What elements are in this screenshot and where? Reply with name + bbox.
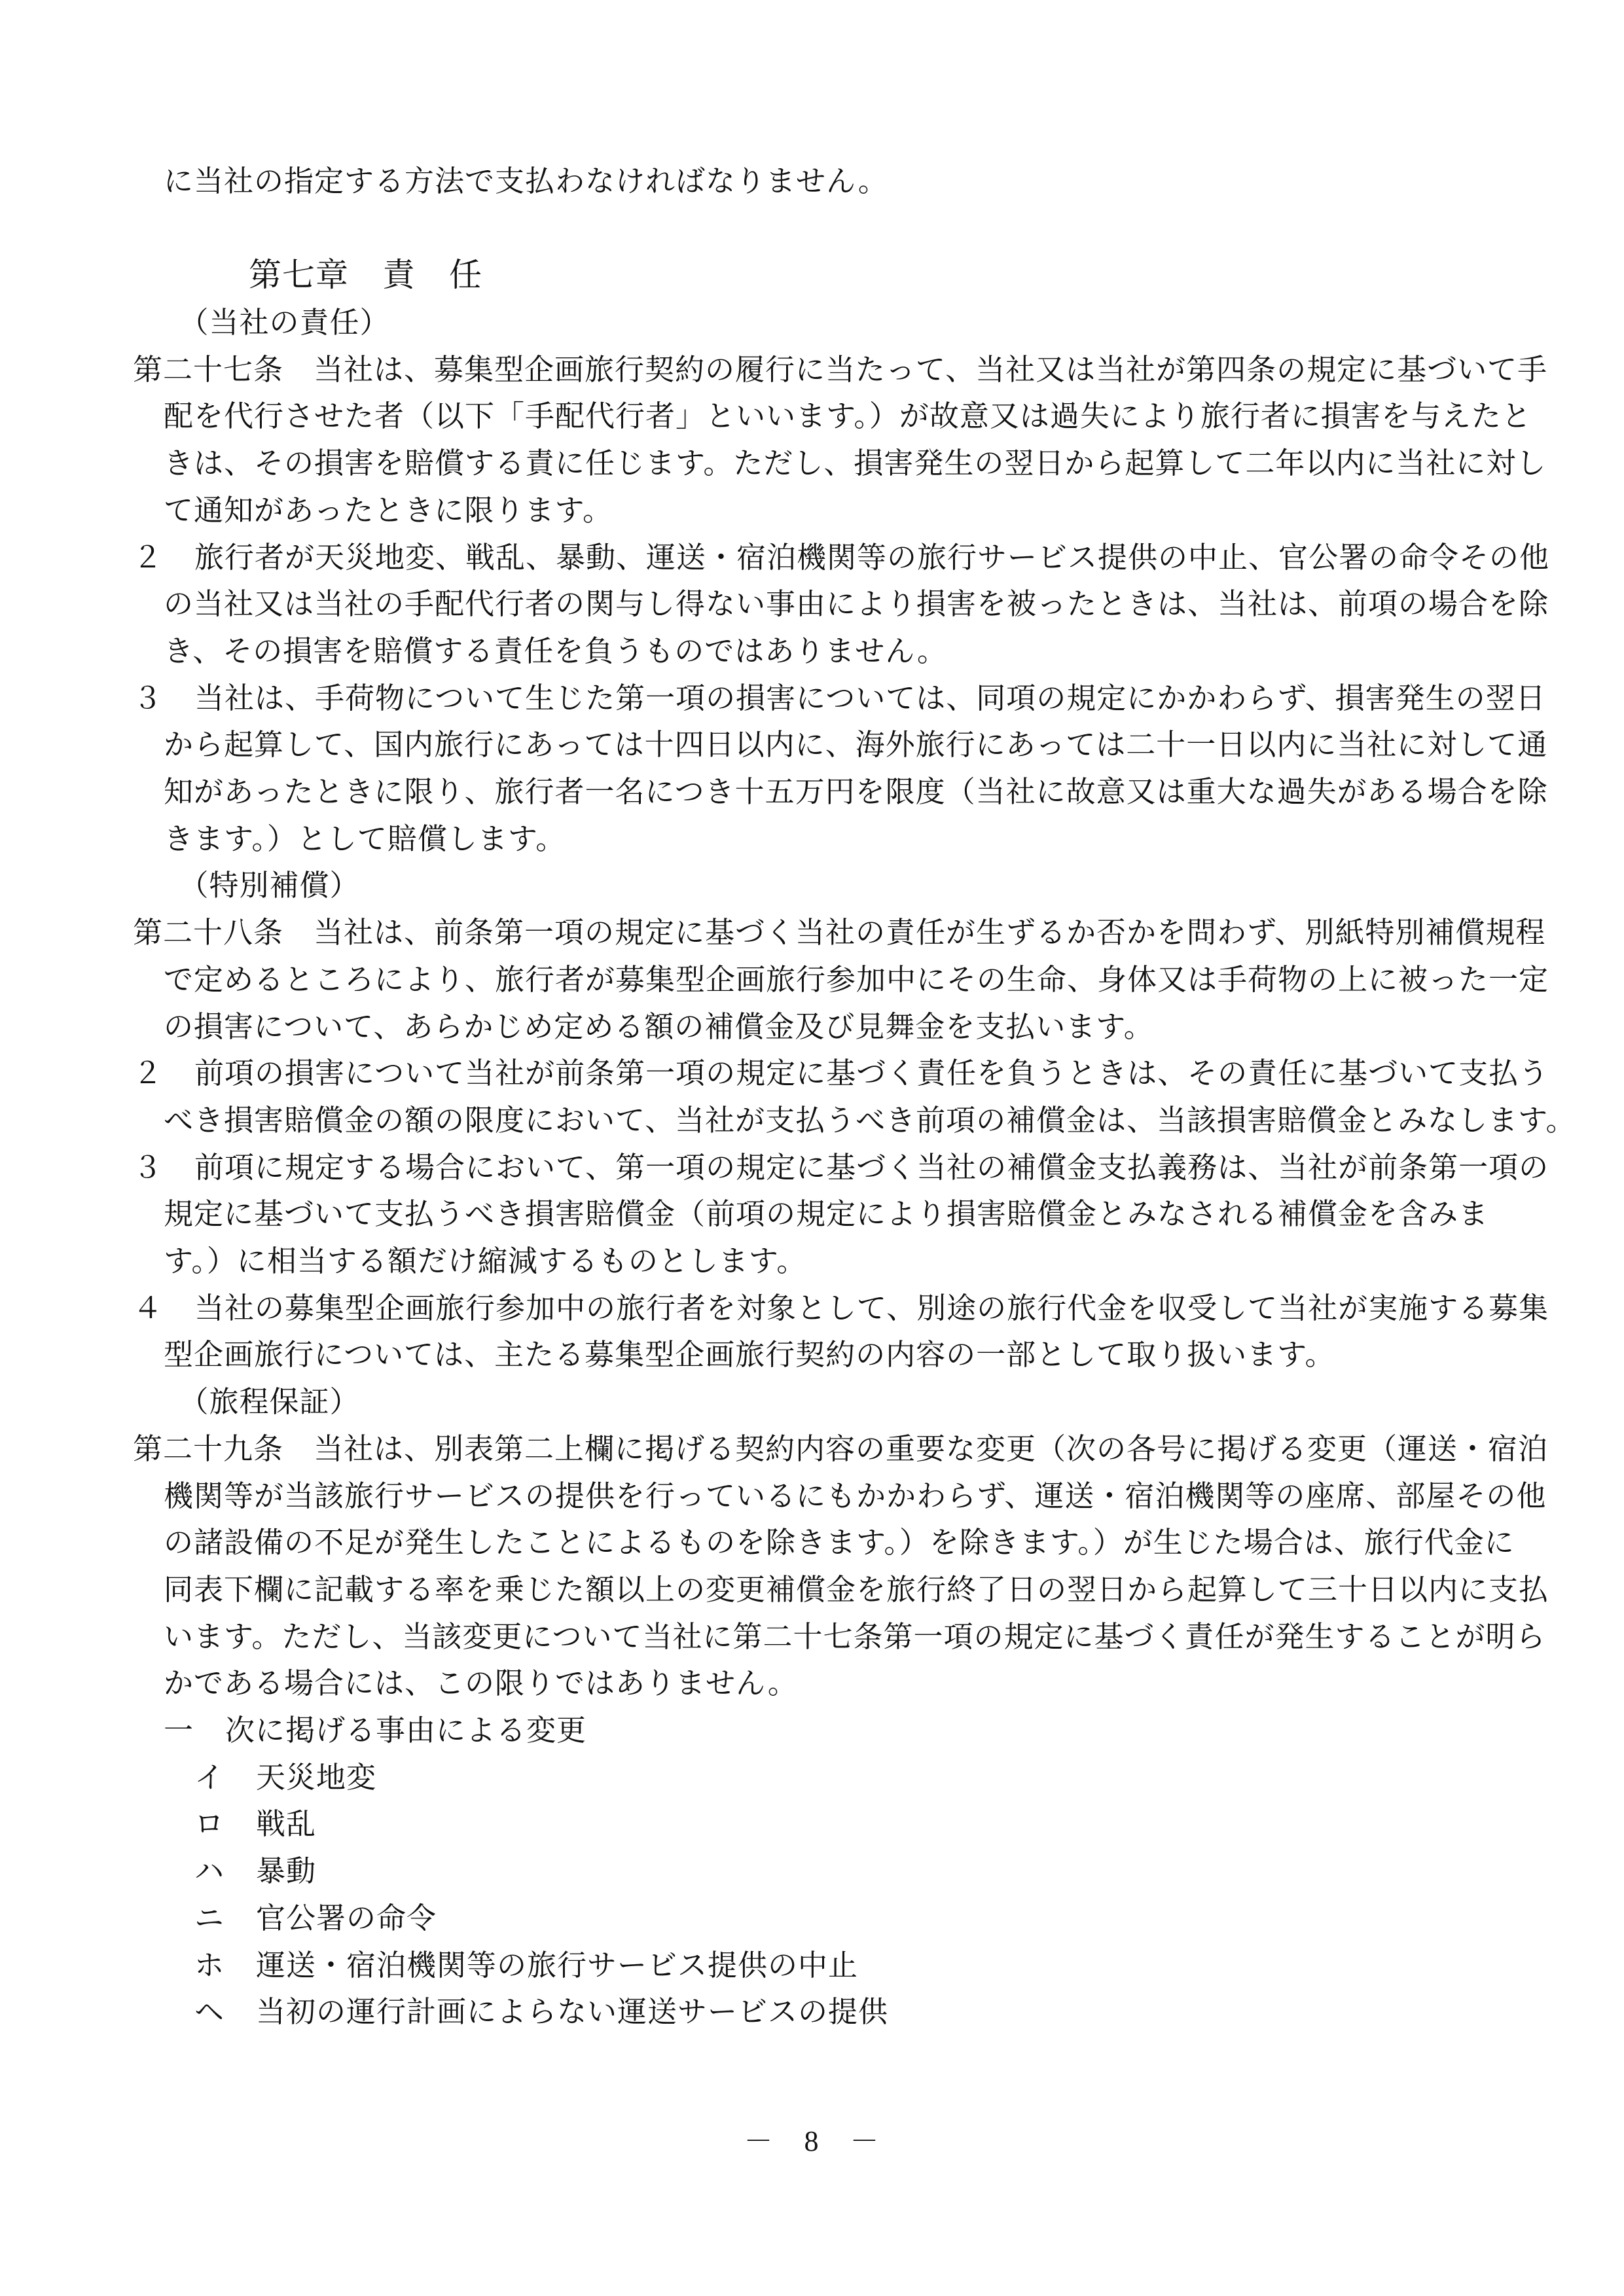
paragraph-line: きます。）として賠償します。 <box>164 821 566 857</box>
section-heading: （特別補償） <box>179 867 360 904</box>
subitem-text: 運送・宿泊機関等の旅行サービス提供の中止 <box>256 1947 858 1984</box>
subitem-number: ホ <box>194 1947 225 1984</box>
paragraph-line: 規定に基づいて支払うべき損害賠償金（前項の規定により損害賠償金とみなされる補償金… <box>164 1196 1489 1232</box>
paragraph-text: 当社は、手荷物について生じた第一項の損害については、同項の規定にかかわらず、損害… <box>194 680 1546 717</box>
paragraph-line: から起算して、国内旅行にあっては十四日以内に、海外旅行にあっては二十一日以内に当… <box>164 726 1547 763</box>
paragraph-text: 旅行者が天災地変、戦乱、暴動、運送・宿泊機関等の旅行サービス提供の中止、官公署の… <box>194 539 1549 576</box>
section-heading: （当社の責任） <box>179 304 390 341</box>
paragraph-number: ２ <box>133 539 163 576</box>
article-line: きは、その損害を賠償する責に任じます。ただし、損害発生の翌日から起算して二年以内… <box>164 445 1546 482</box>
article-line: て通知があったときに限ります。 <box>164 492 613 529</box>
paragraph-number: ４ <box>133 1290 163 1327</box>
subitem-number: ヘ <box>194 1994 225 2030</box>
paragraph-number: ３ <box>133 680 163 717</box>
article-line: で定めるところにより、旅行者が募集型企画旅行参加中にその生命、身体又は手荷物の上… <box>164 961 1549 998</box>
article-line: 配を代行させた者（以下「手配代行者」といいます。）が故意又は過失により旅行者に損… <box>164 398 1532 435</box>
subitem-number: ロ <box>194 1806 225 1842</box>
document-page: に当社の指定する方法で支払わなければなりません。 第七章 責 任 （当社の責任）… <box>0 0 1624 2296</box>
article-first-line: 第二十九条 当社は、別表第二上欄に掲げる契約内容の重要な変更（次の各号に掲げる変… <box>133 1431 1548 1467</box>
paragraph-line: き、その損害を賠償する責任を負うものではありません。 <box>164 633 947 670</box>
subitem-text: 天災地変 <box>256 1759 376 1796</box>
item-text: 次に掲げる事由による変更 <box>225 1712 586 1749</box>
subitem-text: 官公署の命令 <box>256 1900 437 1937</box>
article-line: かである場合には、この限りではありません。 <box>164 1665 798 1702</box>
subitem-number: イ <box>194 1759 225 1796</box>
article-first-line: 第二十八条 当社は、前条第一項の規定に基づく当社の責任が生ずるか否かを問わず、別… <box>133 914 1545 951</box>
subitem-number: ハ <box>194 1853 225 1890</box>
paragraph-text: 前項の損害について当社が前条第一項の規定に基づく責任を負うときは、その責任に基づ… <box>194 1055 1549 1092</box>
paragraph-line: の当社又は当社の手配代行者の関与し得ない事由により損害を被ったときは、当社は、前… <box>164 586 1549 622</box>
paragraph-line: す。）に相当する額だけ縮減するものとします。 <box>164 1243 806 1280</box>
chapter-title: 第七章 責 任 <box>249 255 482 295</box>
paragraph-text: 前項に規定する場合において、第一項の規定に基づく当社の補償金支払義務は、当社が前… <box>194 1149 1549 1186</box>
continuation-text: に当社の指定する方法で支払わなければなりません。 <box>164 163 888 200</box>
article-line: 機関等が当該旅行サービスの提供を行っているにもかかわらず、運送・宿泊機関等の座席… <box>164 1478 1546 1515</box>
section-heading: （旅程保証） <box>179 1384 360 1420</box>
subitem-text: 当初の運行計画によらない運送サービスの提供 <box>256 1994 888 2030</box>
paragraph-number: ２ <box>133 1055 163 1092</box>
paragraph-number: ３ <box>133 1149 163 1186</box>
paragraph-text: 当社の募集型企画旅行参加中の旅行者を対象として、別途の旅行代金を収受して当社が実… <box>194 1290 1549 1327</box>
article-line: の損害について、あらかじめ定める額の補償金及び見舞金を支払います。 <box>164 1009 1154 1045</box>
paragraph-line: 型企画旅行については、主たる募集型企画旅行契約の内容の一部として取り扱います。 <box>164 1336 1335 1373</box>
article-first-line: 第二十七条 当社は、募集型企画旅行契約の履行に当たって、当社又は当社が第四条の規… <box>133 351 1547 388</box>
subitem-number: ニ <box>194 1900 225 1937</box>
article-line: います。ただし、当該変更について当社に第二十七条第一項の規定に基づく責任が発生す… <box>164 1619 1546 1655</box>
paragraph-line: 知があったときに限り、旅行者一名につき十五万円を限度（当社に故意又は重大な過失が… <box>164 774 1548 810</box>
article-line: の諸設備の不足が発生したことによるものを除きます。）を除きます。）が生じた場合は… <box>164 1524 1515 1561</box>
item-number: 一 <box>164 1712 194 1749</box>
page-number: － 8 － <box>0 2123 1624 2160</box>
subitem-text: 暴動 <box>256 1853 316 1890</box>
article-line: 同表下欄に記載する率を乗じた額以上の変更補償金を旅行終了日の翌日から起算して三十… <box>164 1571 1549 1608</box>
subitem-text: 戦乱 <box>256 1806 316 1842</box>
paragraph-line: べき損害賠償金の額の限度において、当社が支払うべき前項の補償金は、当該損害賠償金… <box>164 1102 1576 1139</box>
